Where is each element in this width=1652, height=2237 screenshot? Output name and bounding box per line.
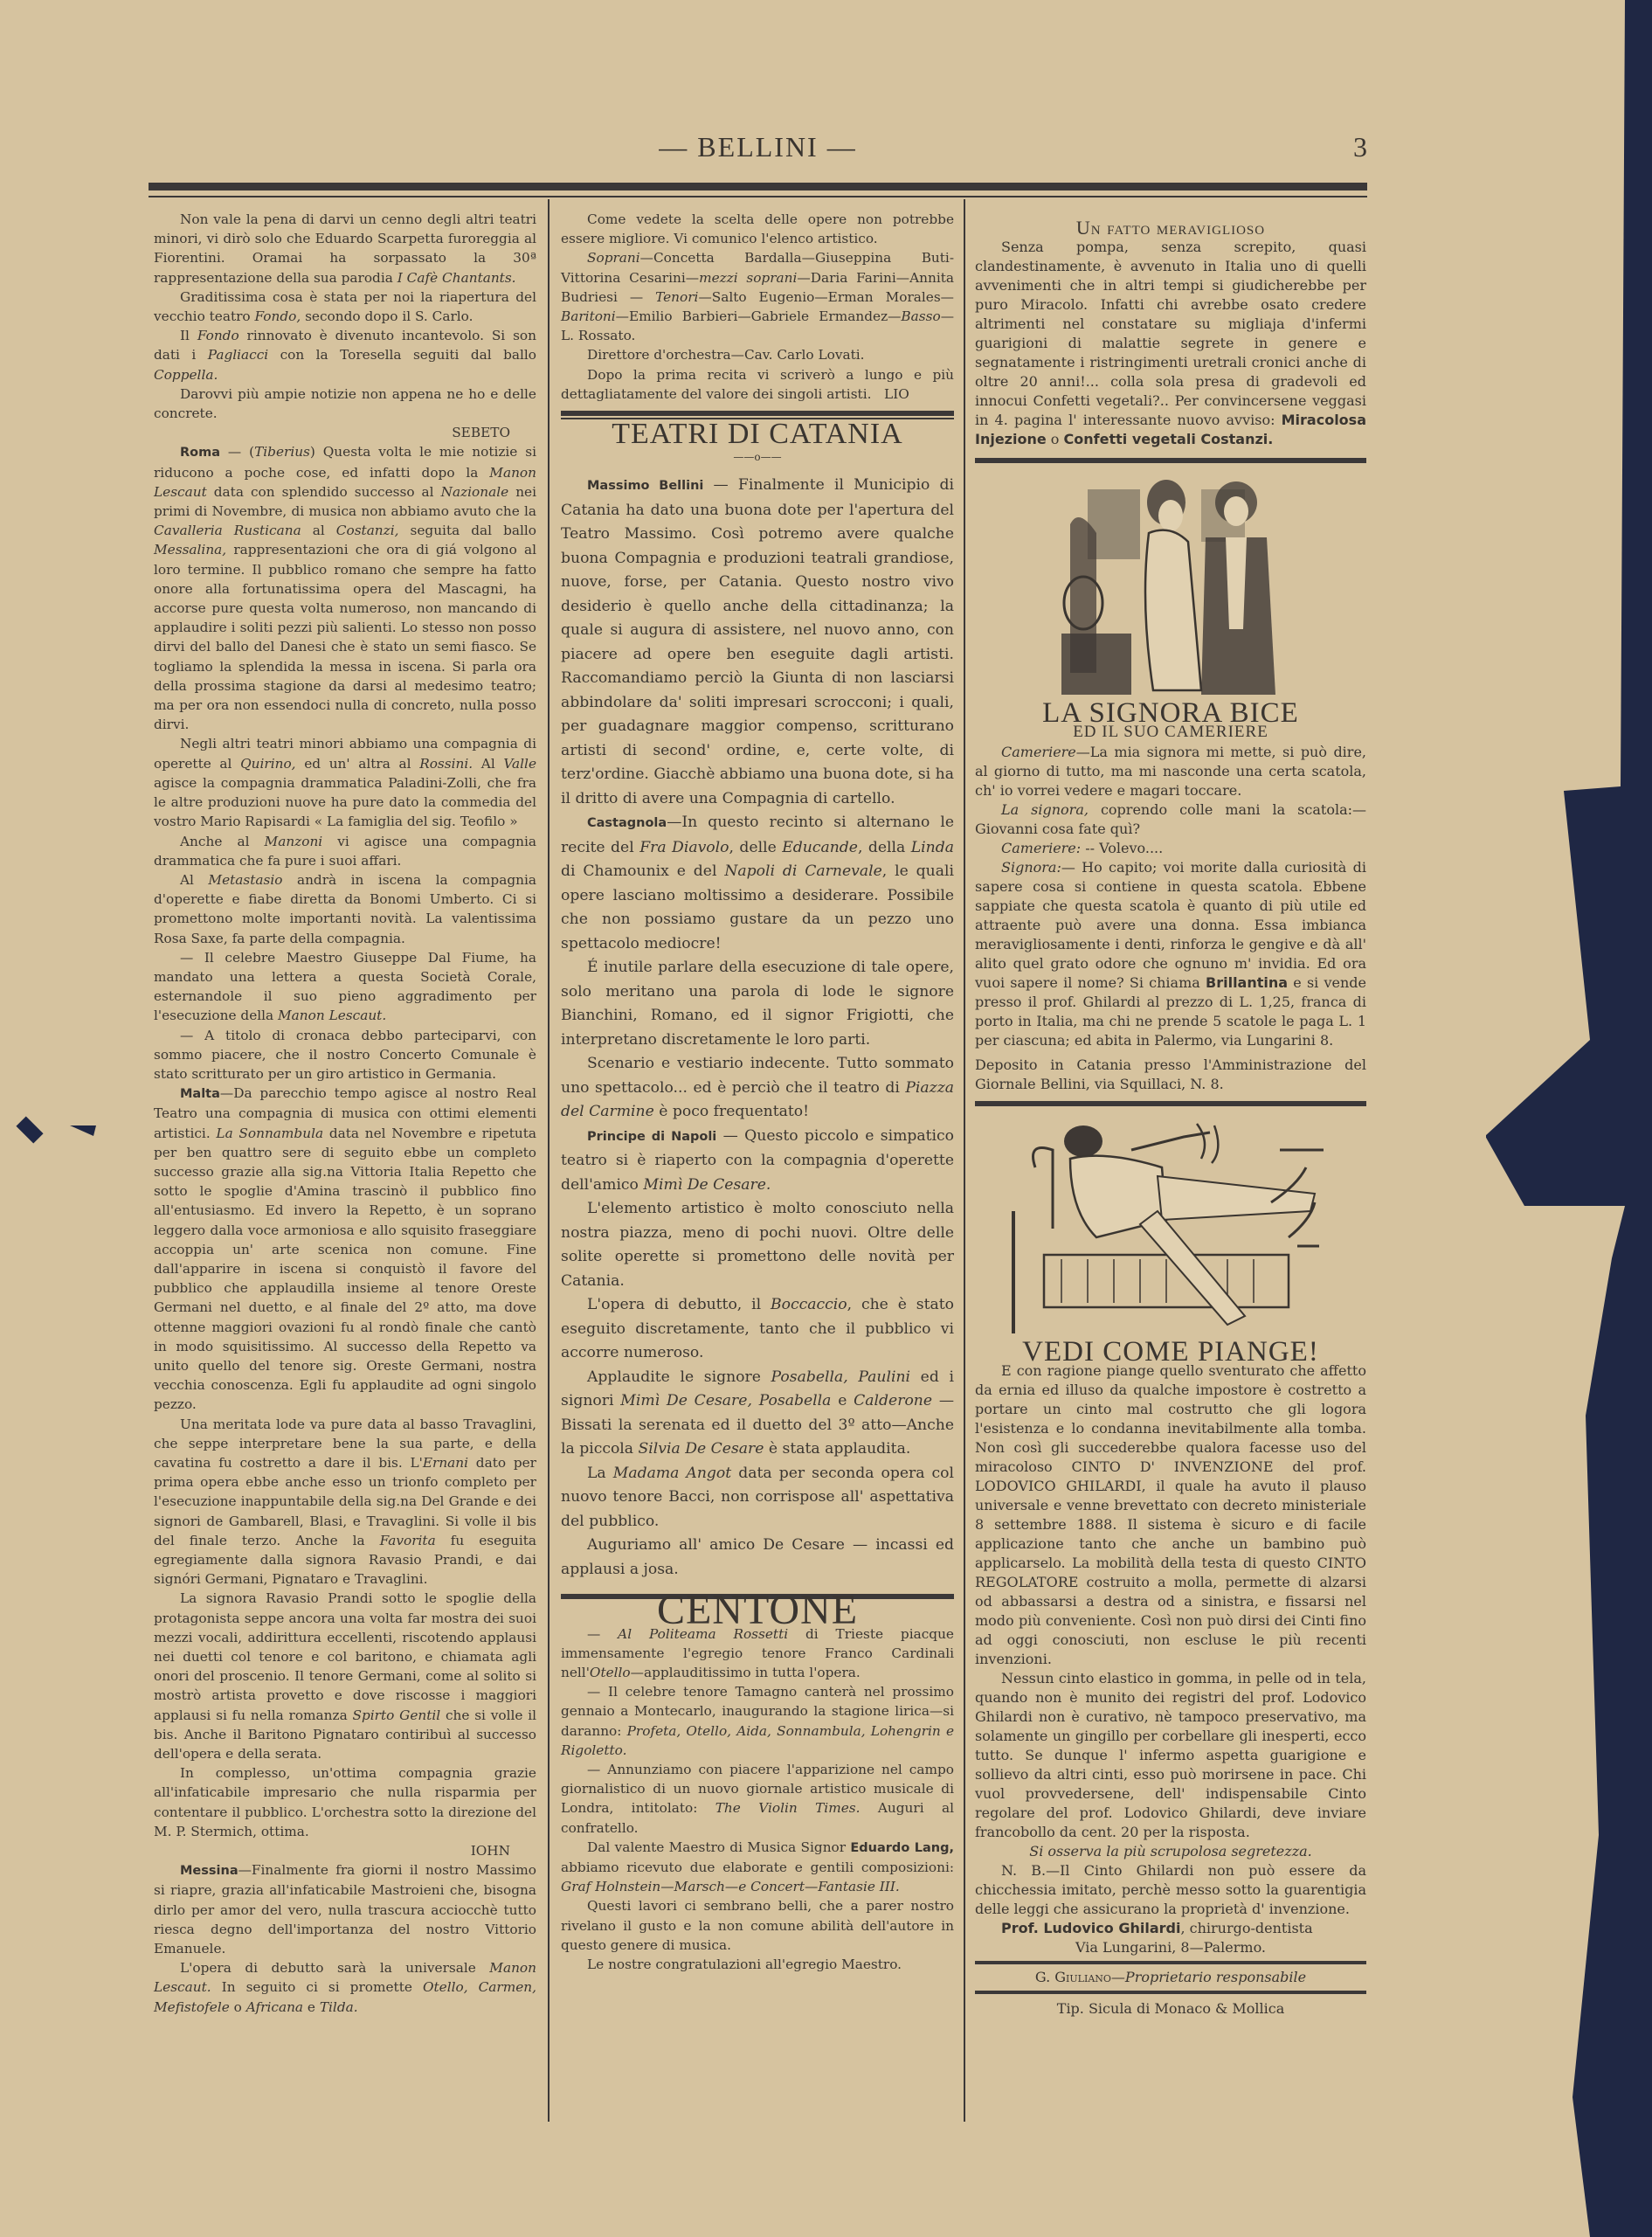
ad-bice-paragraph-3: Cameriere: -- Volevo....: [975, 839, 1366, 858]
napoli-paragraph-1: Non vale la pena di darvi un cenno degli…: [154, 210, 536, 287]
column-3: Un fatto meraviglioso Senza pompa, senza…: [975, 210, 1366, 2019]
malta-paragraph-3: La signora Ravasio Prandi sotto le spogl…: [154, 1589, 536, 1763]
running-head: — BELLINI — 3: [149, 131, 1367, 175]
closing-paragraph: Dopo la prima recita vi scriverò a lungo…: [561, 365, 954, 404]
signature-iohn: IOHN: [154, 1841, 536, 1860]
roma-paragraph-6: — A titolo di cronaca debbo parteciparvi…: [154, 1026, 536, 1084]
principe-paragraph-2: L'elemento artistico è molto conosciuto …: [561, 1197, 954, 1293]
header-rule-thick: [149, 183, 1367, 190]
centone-item-3: — Annunziamo con piacere l'apparizione n…: [561, 1760, 954, 1838]
opera-choice-paragraph: Come vedete la scelta delle opere non po…: [561, 210, 954, 248]
roma-paragraph-1: Roma — (Tiberius) Questa volta le mie no…: [154, 442, 536, 734]
signature-lio: LIO: [884, 386, 909, 402]
orchestra-director: Direttore d'orchestra—Cav. Carlo Lovati.: [561, 345, 954, 364]
ad-rule-1: [975, 458, 1366, 463]
principe-paragraph: Principe di Napoli — Questo piccolo e si…: [561, 1125, 954, 1198]
centone-item-4: Dal valente Maestro di Musica Signor Edu…: [561, 1838, 954, 1897]
man-crying-on-sofa-illustration: [1009, 1115, 1332, 1333]
ad-fatto-meraviglioso-text: Senza pompa, senza screpito, quasi cland…: [975, 238, 1366, 449]
napoli-paragraph-4: Darovvi più ampie notizie non appena ne …: [154, 384, 536, 423]
paper-tear-mark: [70, 1125, 96, 1136]
centone-item-2: — Il celebre tenore Tamagno canterà nel …: [561, 1682, 954, 1760]
lady-and-servant-illustration: [1061, 472, 1280, 695]
ad-cinto-nb: N. B.—Il Cinto Ghilardi non può essere d…: [975, 1861, 1366, 1919]
column-1: Non vale la pena di darvi un cenno degli…: [154, 210, 536, 2017]
ad-rule-2: [975, 1101, 1366, 1106]
roma-paragraph-2: Negli altri teatri minori abbiamo una co…: [154, 734, 536, 831]
teatri-di-catania-heading: TEATRI DI CATANIA: [561, 425, 954, 444]
centone-item-6: Le nostre congratulazioni all'egregio Ma…: [561, 1955, 954, 1974]
column-divider-2: [964, 199, 965, 2122]
ad-cinto-paragraph-2: Nessun cinto elastico in gomma, in pelle…: [975, 1669, 1366, 1842]
paper-tear-mark: [16, 1116, 43, 1143]
malta-paragraph-1: Malta—Da parecchio tempo agisce al nostr…: [154, 1084, 536, 1414]
centone-heading: CENTONE: [561, 1601, 954, 1620]
footer-rule-1: [975, 1961, 1366, 1964]
ad-signora-bice-subheading: ED IL SUO CAMERIERE: [975, 723, 1366, 742]
castagnola-paragraph: Castagnola—In questo recinto si alternan…: [561, 811, 954, 956]
massimo-bellini-paragraph: Massimo Bellini — Finalmente il Municipi…: [561, 474, 954, 811]
ad-signora-bice-heading: LA SIGNORA BICE: [975, 703, 1366, 723]
castagnola-paragraph-2: É inutile parlare della esecuzione di ta…: [561, 956, 954, 1052]
malta-paragraph-4: In complesso, un'ottima compagnia grazie…: [154, 1763, 536, 1841]
signature-sebeto: SEBETO: [154, 423, 536, 442]
centone-item-1: — Al Politeama Rossetti di Trieste piacq…: [561, 1624, 954, 1683]
page-number: 3: [1353, 131, 1367, 163]
catania-section: Massimo Bellini — Finalmente il Municipi…: [561, 474, 954, 1582]
footer-rule-2: [975, 1991, 1366, 1994]
malta-paragraph-2: Una meritata lode va pure data al basso …: [154, 1415, 536, 1589]
ad-vedi-come-piange-heading: VEDI COME PIANGE!: [975, 1342, 1366, 1361]
ad-cinto-paragraph-1: E con ragione piange quello sventurato c…: [975, 1361, 1366, 1669]
printer-line: Tip. Sicula di Monaco & Mollica: [975, 1999, 1366, 2019]
ad-fatto-meraviglioso-heading: Un fatto meraviglioso: [975, 218, 1366, 238]
roma-paragraph-3: Anche al Manzoni vi agisce una compagnia…: [154, 832, 536, 870]
header-rule-thin: [149, 196, 1367, 197]
centone-item-5: Questi lavori ci sembrano belli, che a p…: [561, 1896, 954, 1955]
newspaper-page: — BELLINI — 3 Non vale la pena di darvi …: [0, 0, 1625, 2237]
ad-cinto-signature: Prof. Ludovico Ghilardi, chirurgo-dentis…: [975, 1919, 1366, 1938]
ad-cinto-address: Via Lungarini, 8—Palermo.: [975, 1938, 1366, 1957]
principe-paragraph-3: L'opera di debutto, il Boccaccio, che è …: [561, 1293, 954, 1366]
ad-bice-deposit: Deposito in Catania presso l'Amministraz…: [975, 1056, 1366, 1094]
ornament-divider: ——o——: [561, 447, 954, 467]
napoli-paragraph-2: Graditissima cosa è stata per noi la ria…: [154, 287, 536, 326]
roma-paragraph-4: Al Metastasio andrà in iscena la compagn…: [154, 870, 536, 948]
principe-paragraph-5: La Madama Angot data per seconda opera c…: [561, 1462, 954, 1534]
messina-paragraph-1: Messina—Finalmente fra giorni il nostro …: [154, 1860, 536, 1958]
roma-paragraph-5: — Il celebre Maestro Giuseppe Dal Fiume,…: [154, 948, 536, 1026]
ad-bice-paragraph-4: Signora:— Ho capito; voi morite dalla cu…: [975, 858, 1366, 1050]
ad-bice-paragraph-1: Cameriere—La mia signora mi mette, si pu…: [975, 743, 1366, 800]
section-rule: [561, 411, 954, 416]
newspaper-title: — BELLINI —: [149, 131, 1367, 163]
principe-paragraph-6: Auguriamo all' amico De Cesare — incassi…: [561, 1534, 954, 1582]
column-2: Come vedete la scelta delle opere non po…: [561, 210, 954, 1974]
column-divider-1: [548, 199, 550, 2122]
cast-list: Soprani—Concetta Bardalla—Giuseppina But…: [561, 248, 954, 345]
messina-paragraph-2: L'opera di debutto sarà la universale Ma…: [154, 1958, 536, 2017]
principe-paragraph-4: Applaudite le signore Posabella, Paulini…: [561, 1366, 954, 1462]
ad-cinto-secrecy: Si osserva la più scrupolosa segretezza.: [975, 1842, 1366, 1861]
ad-bice-paragraph-2: La signora, coprendo colle mani la scato…: [975, 800, 1366, 839]
napoli-paragraph-3: Il Fondo rinnovato è divenuto incantevol…: [154, 326, 536, 384]
castagnola-paragraph-3: Scenario e vestiario indecente. Tutto so…: [561, 1052, 954, 1125]
publisher-line: G. Giuliano—Proprietario responsabile: [975, 1968, 1366, 1987]
